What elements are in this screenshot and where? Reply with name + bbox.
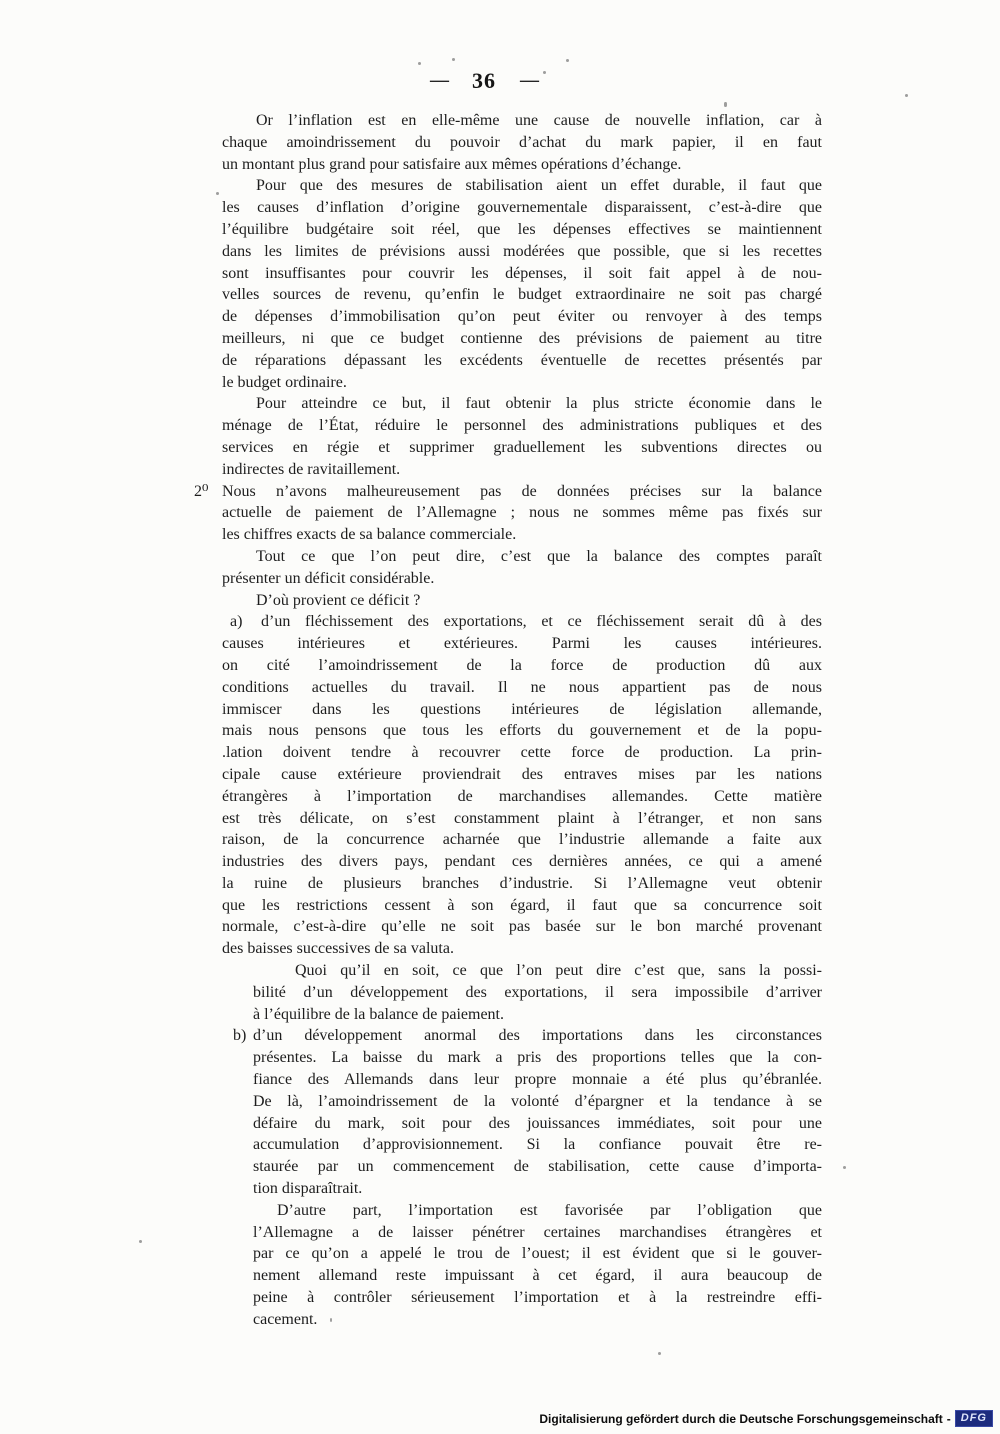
text-line: étrangères à l’importation de marchandis…: [222, 786, 822, 808]
noise-speck: [452, 58, 455, 61]
text-line: Pour que des mesures de stabilisation ai…: [222, 175, 822, 197]
noise-speck: [566, 59, 569, 62]
text-line: dans les limites de prévisions aussi mod…: [222, 241, 822, 263]
text-line: Quoi qu’il en soit, ce que l’on peut dir…: [253, 960, 822, 982]
text-line: D’autre part, l’importation est favorisé…: [253, 1200, 822, 1222]
text-line: causes intérieures et extérieures. Parmi…: [222, 633, 822, 655]
text-line: un montant plus grand pour satisfaire au…: [222, 154, 822, 176]
text-line: cacement.: [253, 1309, 822, 1331]
dfg-logo: DFG: [955, 1410, 993, 1427]
text-line: conditions actuelles du travail. Il ne n…: [222, 677, 822, 699]
text-line: l’Allemagne a de laisser pénétrer certai…: [253, 1222, 822, 1244]
text-line: de dépenses d’immobilisation qu’on peut …: [222, 306, 822, 328]
text-line: peine à contrôler sérieusement l’importa…: [253, 1287, 822, 1309]
noise-speck: [139, 1240, 142, 1243]
text-line: tion disparaîtrait.: [253, 1178, 822, 1200]
paragraph: D’où provient ce déficit ?: [222, 590, 822, 612]
text-line: Pour atteindre ce but, il faut obtenir l…: [222, 393, 822, 415]
text-line: Tout ce que l’on peut dire, c’est que la…: [222, 546, 822, 568]
header-left-dash: —: [430, 70, 448, 92]
text-line: meilleurs, ni que ce budget contienne de…: [222, 328, 822, 350]
noise-speck: [658, 1352, 661, 1355]
text-line: que les restrictions cessent à son égard…: [222, 895, 822, 917]
text-line: ménage de l’État, réduire le personnel d…: [222, 415, 822, 437]
text-line: raison, de la concurrence acharnée que l…: [222, 829, 822, 851]
text-line: mais nous pensons que tous les efforts d…: [222, 720, 822, 742]
text-line: la ruine de plusieurs branches d’industr…: [222, 873, 822, 895]
text-line: les chiffres exacts de sa balance commer…: [222, 524, 822, 546]
text-line: sont insuffisantes pour couvrir les dépe…: [222, 263, 822, 285]
paragraph: b)d’un développement anormal des importa…: [253, 1025, 822, 1199]
text-line: défaire du mark, soit pour des jouissanc…: [253, 1113, 822, 1135]
list-marker: b): [233, 1025, 246, 1047]
paragraph: Pour atteindre ce but, il faut obtenir l…: [222, 393, 822, 480]
paragraph: a)d’un fléchissement des exportations, e…: [222, 611, 822, 960]
noise-speck: [418, 62, 421, 65]
text-line: des baisses successives de sa valuta.: [222, 938, 822, 960]
paragraph: 2⁰Nous n’avons malheureusement pas de do…: [222, 481, 822, 546]
text-line: De là, l’amoindrissement de la volonté d…: [253, 1091, 822, 1113]
text-line: indirectes de ravitaillement.: [222, 459, 822, 481]
text-line: le budget ordinaire.: [222, 372, 822, 394]
text-line: immiscer dans les questions intérieures …: [222, 699, 822, 721]
page-content: Or l’inflation est en elle-même une caus…: [222, 110, 822, 1331]
noise-speck: [843, 1166, 846, 1169]
noise-speck: [216, 192, 219, 195]
text-line: d’un fléchissement des exportations, et …: [222, 611, 822, 633]
list-marker: 2⁰: [194, 481, 208, 503]
text-line: fiance des Allemands dans leur propre mo…: [253, 1069, 822, 1091]
text-line: Nous n’avons malheureusement pas de donn…: [222, 481, 822, 503]
paragraph: Pour que des mesures de stabilisation ai…: [222, 175, 822, 393]
text-line: à l’équilibre de la balance de paiement.: [253, 1004, 822, 1026]
text-line: accumulation d’approvisionnement. Si la …: [253, 1134, 822, 1156]
text-line: Or l’inflation est en elle-même une caus…: [222, 110, 822, 132]
digitization-credit: Digitalisierung gefördert durch die Deut…: [539, 1412, 942, 1426]
footer-separator: -: [947, 1412, 951, 1426]
text-line: présentes. La baisse du mark a pris des …: [253, 1047, 822, 1069]
text-line: l’équilibre budgétaire soit réel, que le…: [222, 219, 822, 241]
text-line: industries des divers pays, pendant ces …: [222, 851, 822, 873]
header-right-dash: —: [520, 70, 538, 92]
text-line: on cité l’amoindrissement de la force de…: [222, 655, 822, 677]
noise-speck: [330, 1318, 332, 1322]
text-line: de réparations dépassant les excédents é…: [222, 350, 822, 372]
page-header: — 36 —: [0, 68, 968, 94]
paragraph: D’autre part, l’importation est favorisé…: [253, 1200, 822, 1331]
text-line: nement allemand reste impuissant à cet é…: [253, 1265, 822, 1287]
paragraph: Tout ce que l’on peut dire, c’est que la…: [222, 546, 822, 590]
text-line: les causes d’inflation d’origine gouvern…: [222, 197, 822, 219]
text-line: d’un développement anormal des importati…: [253, 1025, 822, 1047]
text-line: velles sources de revenu, qu’enfin le bu…: [222, 284, 822, 306]
list-marker: a): [230, 611, 242, 633]
page-number: 36: [472, 68, 496, 94]
text-line: staurée par un commencement de stabilisa…: [253, 1156, 822, 1178]
text-line: normale, c’est-à-dire qu’elle ne soit pa…: [222, 916, 822, 938]
text-line: bilité d’un développement des exportatio…: [253, 982, 822, 1004]
page-footer: Digitalisierung gefördert durch die Deut…: [539, 1410, 993, 1427]
text-line: chaque amoindrissement du pouvoir d’acha…: [222, 132, 822, 154]
text-line: par ce qu’on a appelé le trou de l’ouest…: [253, 1243, 822, 1265]
document-page: — 36 — Or l’inflation est en elle-même u…: [0, 0, 1000, 1434]
paragraph: Or l’inflation est en elle-même une caus…: [222, 110, 822, 175]
text-line: est très délicate, on s’est constamment …: [222, 808, 822, 830]
text-line: D’où provient ce déficit ?: [222, 590, 822, 612]
text-line: .lation doivent tendre à recouvrer cette…: [222, 742, 822, 764]
noise-speck: [905, 94, 908, 97]
noise-speck: [543, 71, 546, 74]
text-line: cipale cause extérieure proviendrait des…: [222, 764, 822, 786]
text-line: services en régie et supprimer graduelle…: [222, 437, 822, 459]
noise-speck: [724, 102, 727, 107]
text-line: présenter un déficit considérable.: [222, 568, 822, 590]
paragraph: Quoi qu’il en soit, ce que l’on peut dir…: [253, 960, 822, 1025]
text-line: actuelle de paiement de l’Allemagne ; no…: [222, 502, 822, 524]
